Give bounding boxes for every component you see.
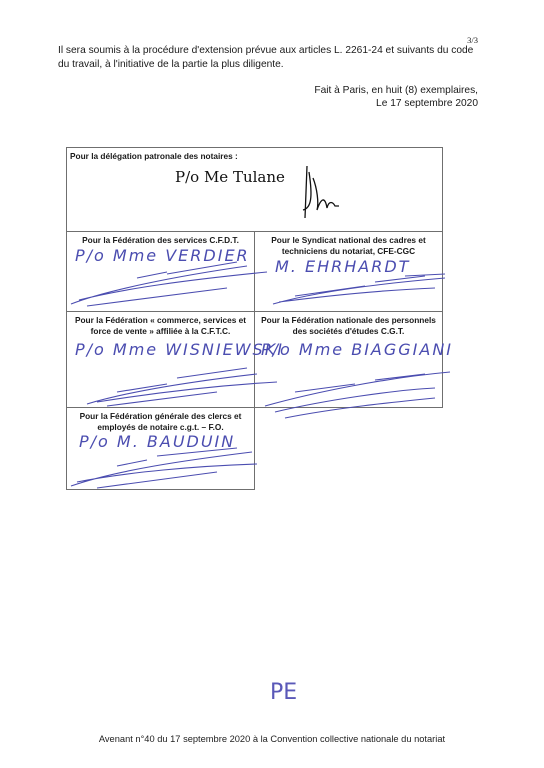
cgt-signature-cell: Pour la Fédération nationale des personn… — [255, 312, 443, 408]
handwritten-initials: PE — [270, 680, 297, 705]
date-line: Le 17 septembre 2020 — [314, 97, 478, 110]
employer-label: Pour la délégation patronale des notaire… — [67, 148, 442, 162]
cgt-label: Pour la Fédération nationale des personn… — [255, 312, 442, 337]
cfe-cgc-signature-cell: Pour le Syndicat national des cadres et … — [255, 232, 443, 312]
empty-cell — [255, 408, 443, 490]
cftc-signature-cell: Pour la Fédération « commerce, services … — [67, 312, 255, 408]
cfe-cgc-label: Pour le Syndicat national des cadres et … — [255, 232, 442, 257]
place-and-date: Fait à Paris, en huit (8) exemplaires, L… — [314, 84, 478, 110]
cftc-label: Pour la Fédération « commerce, services … — [67, 312, 254, 337]
fo-handwritten-name: P/o M. BAUDUIN — [79, 432, 235, 451]
cfdt-signature-cell: Pour la Fédération des services C.F.D.T.… — [67, 232, 255, 312]
cfdt-handwritten-name: P/o Mme VERDIER — [75, 246, 250, 265]
cfe-cgc-handwritten-name: M. EHRHARDT — [275, 257, 410, 276]
place-line: Fait à Paris, en huit (8) exemplaires, — [314, 84, 478, 97]
cfdt-label: Pour la Fédération des services C.F.D.T. — [67, 232, 254, 246]
fo-signature-cell: Pour la Fédération générale des clercs e… — [67, 408, 255, 490]
employer-signature-cell: Pour la délégation patronale des notaire… — [67, 148, 443, 232]
cftc-handwritten-name: P/o Mme WISNIEWSKI — [75, 340, 284, 359]
cgt-handwritten-name: P/o Mme BIAGGIANI — [261, 340, 453, 359]
employer-handwritten-name: P/o Me Tulane — [175, 168, 285, 186]
signature-table: Pour la délégation patronale des notaire… — [66, 147, 443, 490]
fo-label: Pour la Fédération générale des clercs e… — [67, 408, 254, 433]
page-footer: Avenant n°40 du 17 septembre 2020 à la C… — [0, 734, 544, 744]
extension-paragraph: Il sera soumis à la procédure d'extensio… — [58, 44, 482, 72]
